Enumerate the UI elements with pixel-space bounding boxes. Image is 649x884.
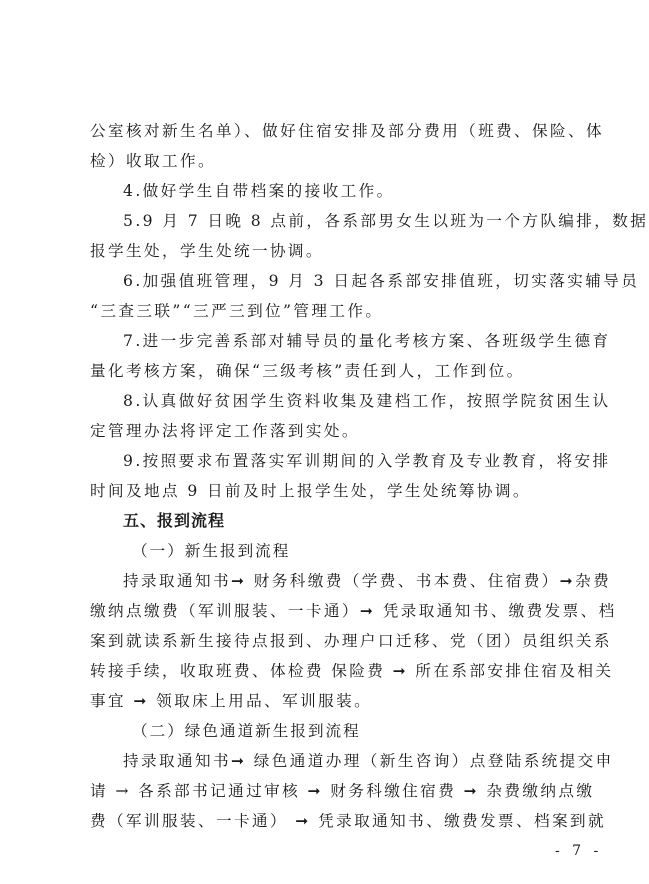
list-item-6: 6.加强值班管理，9 月 3 日起各系部安排值班，切实落实辅导员 [90,266,598,296]
list-item-5: 5.9 月 7 日晚 8 点前，各系部男女生以班为一个方队编排，数据 [90,206,598,236]
list-item-8: 8.认真做好贫困学生资料收集及建档工作，按照学院贫困生认 [90,386,598,416]
process-text-line: 转接手续，收取班费、体检费 保险费 ➞ 所在系部安排住宿及相关 [90,656,598,686]
text-line: 检）收取工作。 [90,146,598,176]
subsection-heading-1: （一）新生报到流程 [90,536,598,566]
document-body: 公室核对新生名单）、做好住宿安排及部分费用（班费、保险、体 检）收取工作。 4.… [90,116,598,836]
section-heading: 五、报到流程 [90,506,598,536]
text-line: 公室核对新生名单）、做好住宿安排及部分费用（班费、保险、体 [90,116,598,146]
process-text-line: 案到就读系新生接待点报到、办理户口迁移、党（团）员组织关系 [90,626,598,656]
text-line: 时间及地点 9 日前及时上报学生处，学生处统筹协调。 [90,476,598,506]
process-text-line: 缴纳点缴费（军训服装、一卡通）➞ 凭录取通知书、缴费发票、档 [90,596,598,626]
list-item-9: 9.按照要求布置落实军训期间的入学教育及专业教育，将安排 [90,446,598,476]
page-number: - 7 - [555,843,602,859]
list-item-4: 4.做好学生自带档案的接收工作。 [90,176,598,206]
text-line: 定管理办法将评定工作落到实处。 [90,416,598,446]
list-item-7: 7.进一步完善系部对辅导员的量化考核方案、各班级学生德育 [90,326,598,356]
subsection-heading-2: （二）绿色通道新生报到流程 [90,716,598,746]
document-page: 公室核对新生名单）、做好住宿安排及部分费用（班费、保险、体 检）收取工作。 4.… [0,0,649,884]
text-line: 报学生处，学生处统一协调。 [90,236,598,266]
text-line: “三查三联”“三严三到位”管理工作。 [90,296,598,326]
text-line: 量化考核方案，确保“三级考核”责任到人，工作到位。 [90,356,598,386]
process-text-line: 事宜 ➞ 领取床上用品、军训服装。 [90,686,598,716]
process-text-line: 持录取通知书➞ 财务科缴费（学费、书本费、住宿费）➞杂费 [90,566,598,596]
process-text-line: 费（军训服装、一卡通） ➞ 凭录取通知书、缴费发票、档案到就 [90,806,598,836]
process-text-line: 持录取通知书➞ 绿色通道办理（新生咨询）点登陆系统提交申 [90,746,598,776]
process-text-line: 请 → 各系部书记通过审核 ➞ 财务科缴住宿费 ➞ 杂费缴纳点缴 [90,776,598,806]
